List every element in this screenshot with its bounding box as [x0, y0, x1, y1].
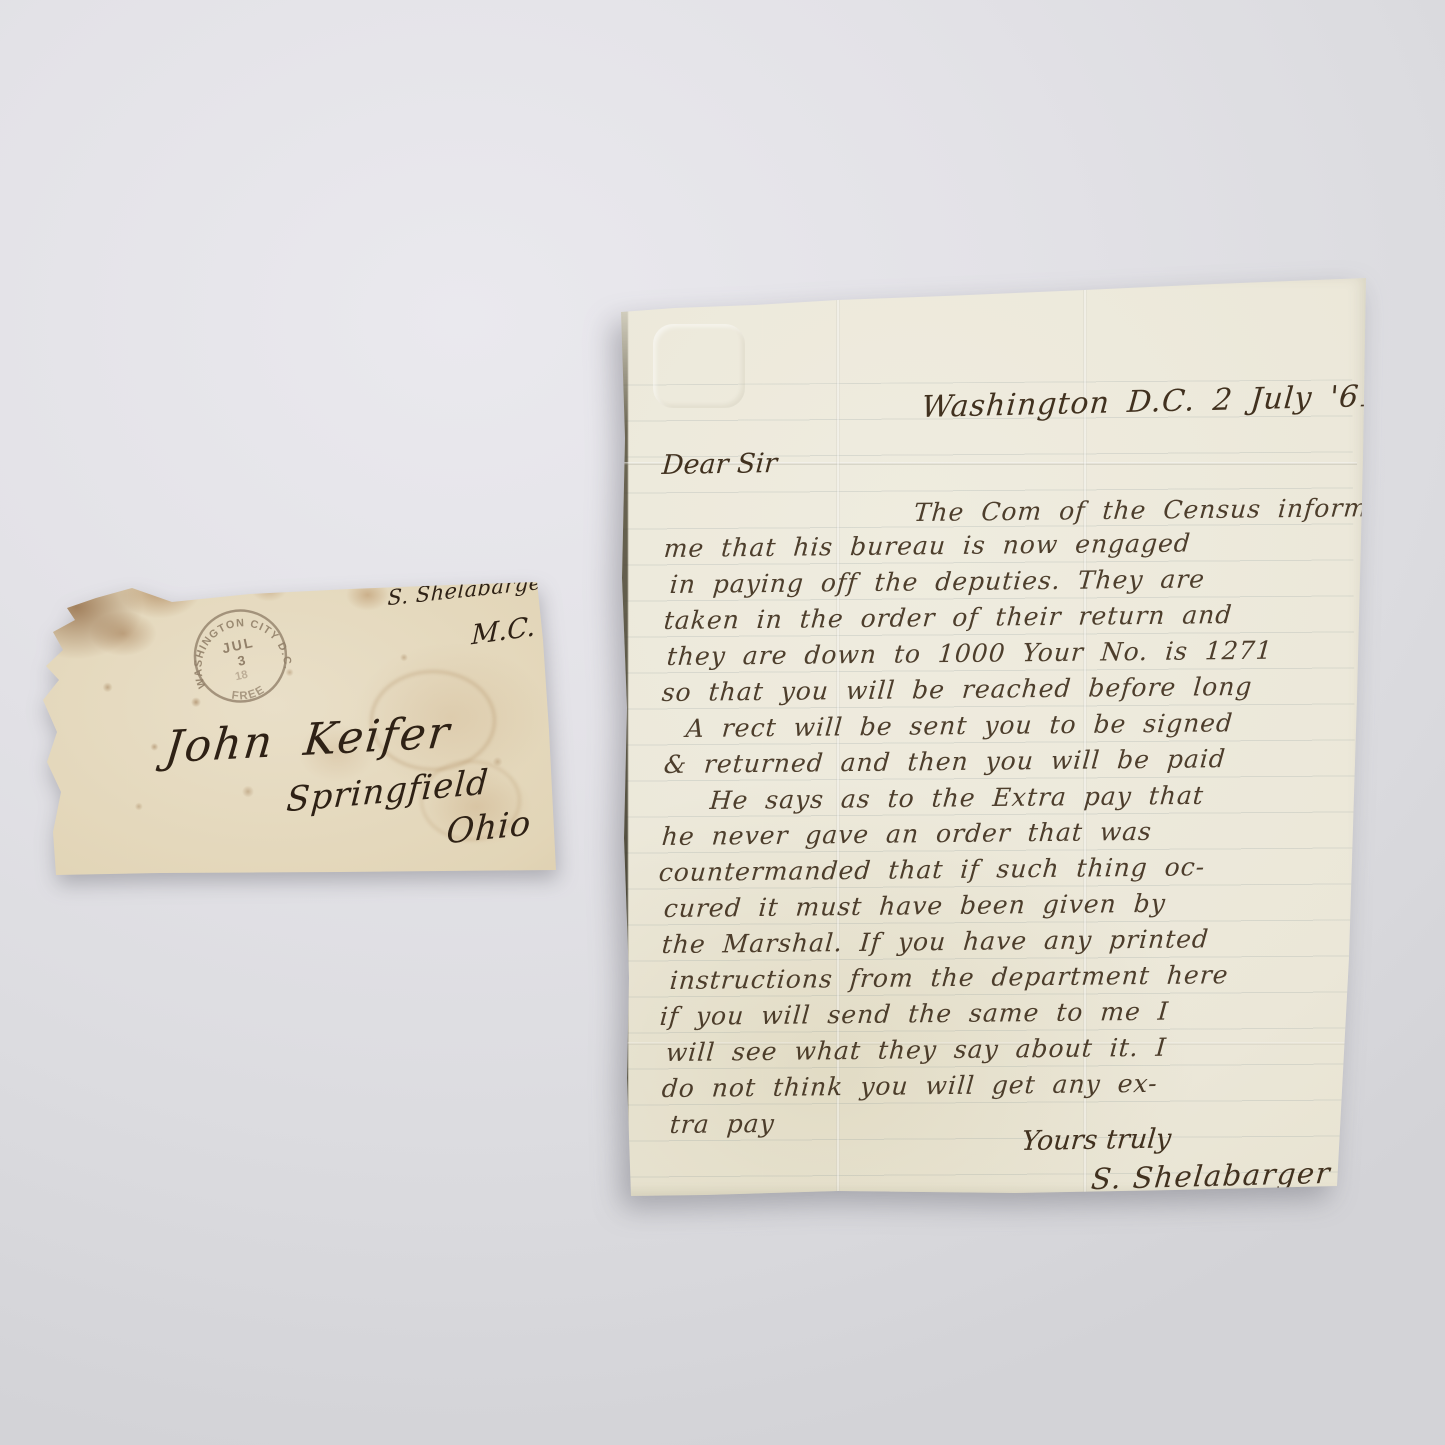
letter-body-line: & returned and then you will be paid	[663, 744, 1227, 779]
envelope: WASHINGTON CITY D.C. JUL 3 18 FREE S. Sh…	[40, 580, 560, 878]
letter-body-line: he never gave an order that was	[661, 817, 1153, 851]
letter-body-line: The Com of the Census informs	[913, 493, 1383, 527]
letter-body-line: A rect will be sent you to be signed	[685, 708, 1234, 743]
letter-body-line: instructions from the department here	[669, 960, 1230, 995]
letter-body-line: me that his bureau is now engaged	[663, 528, 1192, 563]
letter-body-line: the Marshal. If you have any printed	[661, 924, 1210, 959]
letter-body-line: countermanded that if such thing oc-	[658, 852, 1207, 887]
letter-body-line: so that you will be reached before long	[661, 672, 1254, 707]
postmark-day: 3	[236, 653, 246, 669]
letter-body-line: tra pay	[669, 1109, 776, 1139]
letter-salutation: Dear Sir	[661, 448, 778, 481]
letter-body-line: cured it must have been given by	[663, 889, 1167, 923]
letter-signature: S. Shelabarger	[1090, 1156, 1333, 1196]
letter-closing: Yours truly	[1020, 1123, 1172, 1157]
photo-scene: Washington D.C. 2 July '61 Dear Sir The …	[0, 0, 1445, 1445]
letter-body-line: in paying off the deputies. They are	[669, 564, 1206, 599]
letter-paper: Washington D.C. 2 July '61 Dear Sir The …	[615, 278, 1367, 1196]
letter-body-line: taken in the order of their return and	[663, 600, 1234, 635]
letter-body-line: do not think you will get any ex-	[661, 1069, 1159, 1103]
postmark-washington-city: WASHINGTON CITY D.C. JUL 3 18 FREE	[166, 580, 313, 727]
letter-body-line: will see what they say about it. I	[665, 1033, 1168, 1067]
letter-page: Washington D.C. 2 July '61 Dear Sir The …	[615, 278, 1367, 1196]
postmark-year: 18	[234, 669, 249, 683]
letter-body-line: if you will send the same to me I	[659, 997, 1170, 1031]
envelope-paper: WASHINGTON CITY D.C. JUL 3 18 FREE S. Sh…	[40, 580, 560, 878]
letter-body-line: He says as to the Extra pay that	[709, 781, 1205, 815]
